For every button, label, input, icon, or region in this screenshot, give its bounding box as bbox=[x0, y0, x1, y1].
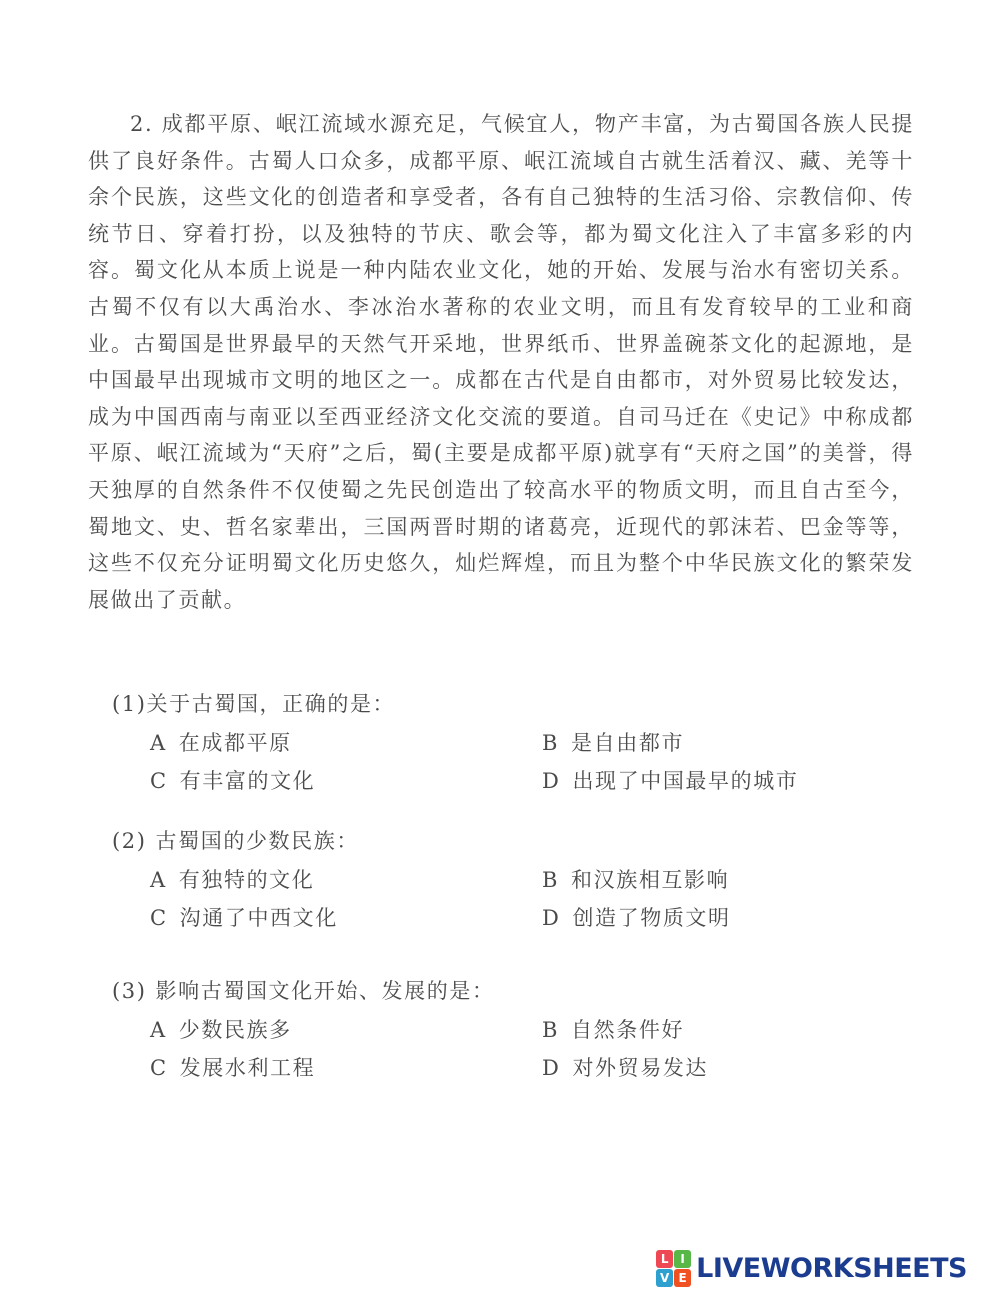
option-text: 有独特的文化 bbox=[179, 867, 315, 893]
liveworksheets-logo[interactable]: L I V E LIVEWORKSHEETS bbox=[656, 1250, 967, 1287]
question-1-head: (1)关于古蜀国，正确的是： bbox=[112, 690, 914, 718]
question-2-option-c[interactable]: C 沟通了中西文化 bbox=[150, 905, 542, 931]
option-letter: A bbox=[150, 867, 167, 893]
question-1-option-a[interactable]: A 在成都平原 bbox=[150, 730, 542, 756]
question-1-number: (1) bbox=[112, 692, 147, 716]
option-letter: C bbox=[150, 1055, 168, 1081]
question-1-option-b[interactable]: B 是自由都市 bbox=[542, 730, 914, 756]
question-3-number: (3) bbox=[112, 979, 147, 1003]
option-text: 对外贸易发达 bbox=[572, 1055, 708, 1081]
option-text: 发展水利工程 bbox=[180, 1055, 316, 1081]
question-2-option-d[interactable]: D 创造了物质文明 bbox=[542, 905, 914, 931]
question-3-option-d[interactable]: D 对外贸易发达 bbox=[542, 1055, 914, 1081]
question-3-options: A 少数民族多 B 自然条件好 C 发展水利工程 D 对外贸易发达 bbox=[112, 1017, 914, 1081]
option-text: 沟通了中西文化 bbox=[180, 905, 338, 931]
question-3-option-b[interactable]: B 自然条件好 bbox=[542, 1017, 914, 1043]
question-1-option-c[interactable]: C 有丰富的文化 bbox=[150, 768, 542, 794]
question-1-options: A 在成都平原 B 是自由都市 C 有丰富的文化 D 出现了中国最早的城市 bbox=[112, 730, 914, 794]
question-2: (2)古蜀国的少数民族： A 有独特的文化 B 和汉族相互影响 C 沟通了中西文… bbox=[112, 827, 914, 931]
reading-passage: 2. 成都平原、岷江流域水源充足，气候宜人，物产丰富，为古蜀国各族人民提供了良好… bbox=[88, 106, 914, 618]
option-text: 自然条件好 bbox=[571, 1017, 684, 1043]
question-3: (3)影响古蜀国文化开始、发展的是： A 少数民族多 B 自然条件好 C 发展水… bbox=[112, 977, 914, 1081]
option-letter: A bbox=[150, 730, 167, 756]
option-text: 是自由都市 bbox=[571, 730, 684, 756]
logo-tile-i: I bbox=[674, 1250, 691, 1268]
question-1-prompt: 关于古蜀国，正确的是： bbox=[147, 692, 396, 716]
question-2-option-a[interactable]: A 有独特的文化 bbox=[150, 867, 542, 893]
question-3-option-c[interactable]: C 发展水利工程 bbox=[150, 1055, 542, 1081]
option-letter: B bbox=[542, 730, 559, 756]
question-2-number: (2) bbox=[112, 829, 147, 853]
option-text: 少数民族多 bbox=[179, 1017, 292, 1043]
question-3-head: (3)影响古蜀国文化开始、发展的是： bbox=[112, 977, 914, 1005]
question-2-options: A 有独特的文化 B 和汉族相互影响 C 沟通了中西文化 D 创造了物质文明 bbox=[112, 867, 914, 931]
question-1: (1)关于古蜀国，正确的是： A 在成都平原 B 是自由都市 C 有丰富的文化 … bbox=[112, 690, 914, 794]
option-letter: B bbox=[542, 1017, 559, 1043]
worksheet-page: 2. 成都平原、岷江流域水源充足，气候宜人，物产丰富，为古蜀国各族人民提供了良好… bbox=[0, 0, 1000, 1291]
option-letter: A bbox=[150, 1017, 167, 1043]
option-text: 出现了中国最早的城市 bbox=[572, 768, 798, 794]
option-letter: B bbox=[542, 867, 559, 893]
question-3-prompt: 影响古蜀国文化开始、发展的是： bbox=[156, 979, 495, 1003]
option-text: 创造了物质文明 bbox=[572, 905, 730, 931]
liveworksheets-wordmark: LIVEWORKSHEETS bbox=[696, 1253, 967, 1284]
question-2-option-b[interactable]: B 和汉族相互影响 bbox=[542, 867, 914, 893]
logo-tile-l: L bbox=[656, 1250, 673, 1268]
question-3-option-a[interactable]: A 少数民族多 bbox=[150, 1017, 542, 1043]
question-2-prompt: 古蜀国的少数民族： bbox=[156, 829, 359, 853]
option-letter: D bbox=[542, 1055, 560, 1081]
logo-tile-v: V bbox=[656, 1269, 673, 1287]
logo-tile-e: E bbox=[674, 1269, 691, 1287]
option-letter: D bbox=[542, 905, 560, 931]
option-text: 和汉族相互影响 bbox=[571, 867, 729, 893]
option-letter: D bbox=[542, 768, 560, 794]
option-letter: C bbox=[150, 768, 168, 794]
option-text: 在成都平原 bbox=[179, 730, 292, 756]
option-text: 有丰富的文化 bbox=[180, 768, 316, 794]
option-letter: C bbox=[150, 905, 168, 931]
liveworksheets-tiles-icon: L I V E bbox=[656, 1250, 691, 1287]
question-2-head: (2)古蜀国的少数民族： bbox=[112, 827, 914, 855]
question-1-option-d[interactable]: D 出现了中国最早的城市 bbox=[542, 768, 914, 794]
